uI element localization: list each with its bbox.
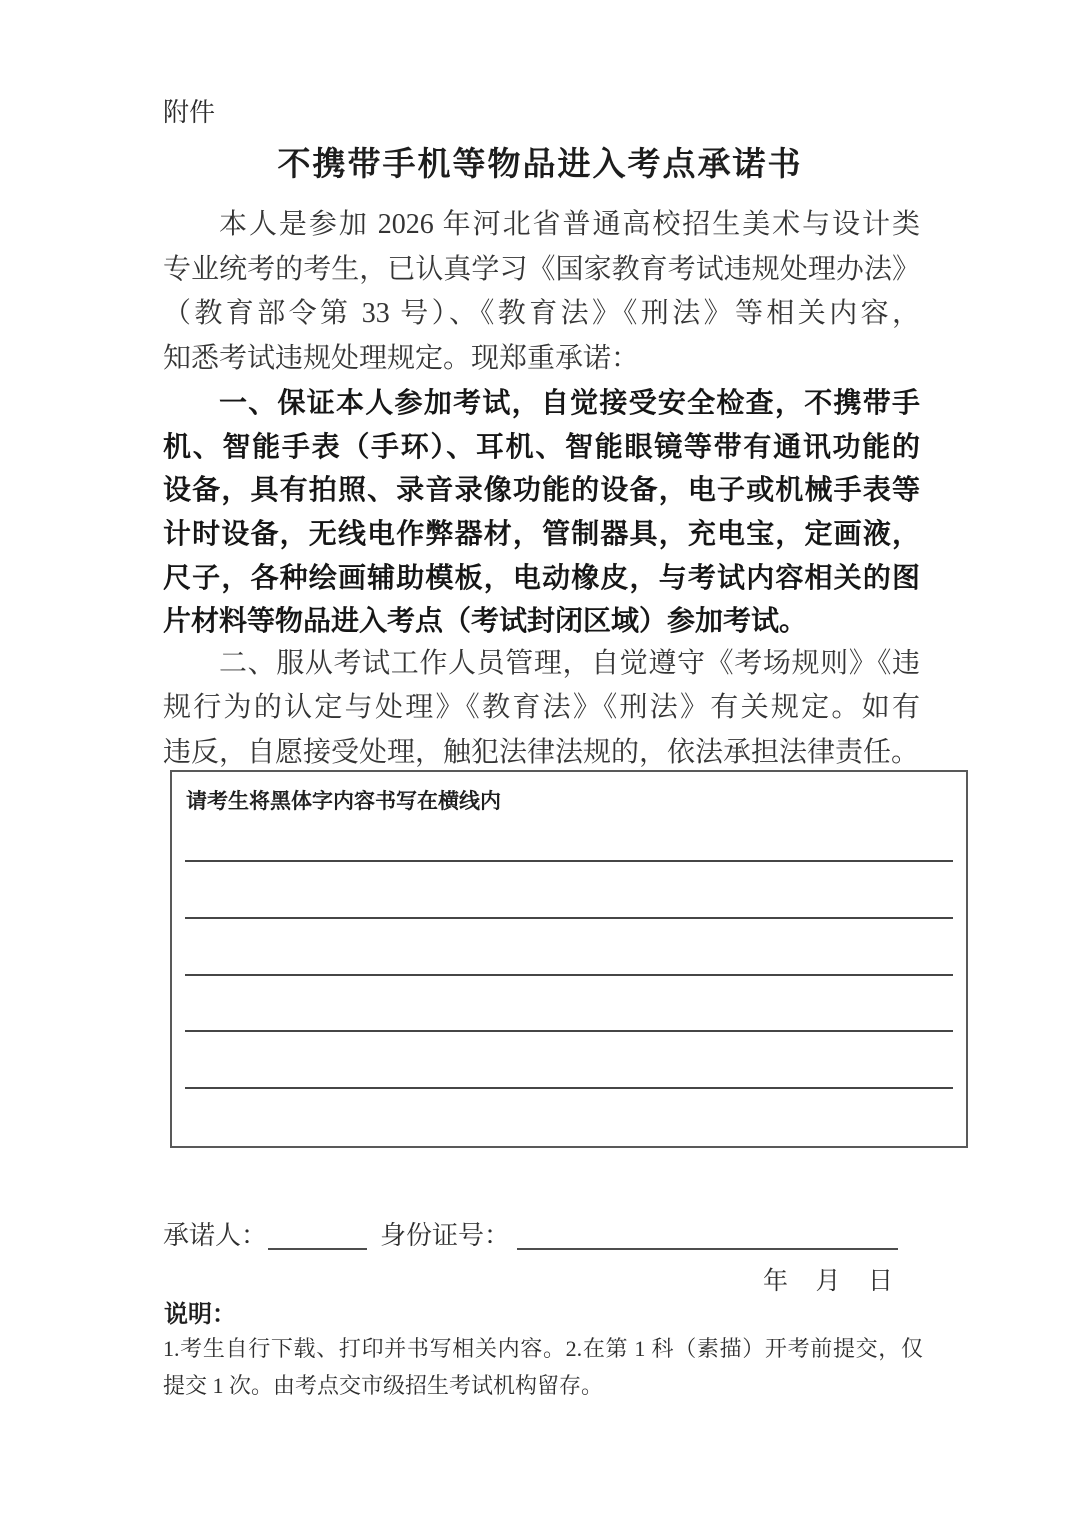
note-line: 提交 1 次。由考点交市级招生考试机构留存。 — [163, 1367, 923, 1404]
writing-line — [185, 974, 953, 976]
paragraph-line: 知悉考试违规处理规定。现郑重承诺： — [163, 337, 920, 382]
paragraph-line: 尺子，各种绘画辅助模板，电动橡皮，与考试内容相关的图 — [163, 556, 920, 600]
paragraph-line: 计时设备，无线电作弊器材，管制器具，充电宝，定画液， — [163, 512, 920, 556]
page-title: 不携带手机等物品进入考点承诺书 — [0, 138, 1080, 185]
paragraph-intro: 本人是参加 2026 年河北省普通高校招生美术与设计类 专业统考的考生，已认真学… — [163, 203, 920, 381]
paragraph-line: 本人是参加 2026 年河北省普通高校招生美术与设计类 — [163, 203, 920, 248]
id-number-field — [517, 1222, 898, 1250]
writing-line — [185, 1087, 953, 1089]
year-label: 年 — [763, 1264, 788, 1300]
promiser-signature-field — [268, 1222, 367, 1250]
paragraph-line: 片材料等物品进入考点（考试封闭区域）参加考试。 — [163, 599, 920, 643]
promiser-label: 承诺人： — [163, 1218, 267, 1254]
paragraph-line: 二、服从考试工作人员管理，自觉遵守《考场规则》《违 — [163, 642, 920, 686]
paragraph-line: （教育部令第 33 号）、《教育法》《刑法》等相关内容， — [163, 292, 920, 337]
note-line: 1.考生自行下载、打印并书写相关内容。2.在第 1 科（素描）开考前提交，仅 — [163, 1330, 923, 1367]
handwriting-instruction: 请考生将黑体字内容书写在横线内 — [186, 785, 501, 815]
paragraph-line: 违反，自愿接受处理，触犯法律法规的，依法承担法律责任。 — [163, 731, 920, 775]
date-row: 年 月 日 — [763, 1264, 893, 1300]
month-label: 月 — [815, 1264, 840, 1300]
writing-line — [185, 860, 953, 862]
attachment-label: 附件 — [163, 92, 215, 129]
paragraph-line: 机、智能手表（手环）、耳机、智能眼镜等带有通讯功能的 — [163, 425, 920, 469]
paragraph-item2: 二、服从考试工作人员管理，自觉遵守《考场规则》《违 规行为的认定与处理》《教育法… — [163, 642, 920, 775]
writing-line — [185, 917, 953, 919]
paragraph-item1: 一、保证本人参加考试，自觉接受安全检查，不携带手 机、智能手表（手环）、耳机、智… — [163, 381, 920, 643]
writing-line — [185, 1030, 953, 1032]
day-label: 日 — [868, 1264, 893, 1300]
paragraph-line: 规行为的认定与处理》《教育法》《刑法》有关规定。如有 — [163, 686, 920, 730]
id-number-label: 身份证号： — [380, 1218, 510, 1254]
paragraph-line: 一、保证本人参加考试，自觉接受安全检查，不携带手 — [163, 381, 920, 425]
paragraph-line: 设备，具有拍照、录音录像功能的设备，电子或机械手表等 — [163, 468, 920, 512]
notes-block: 1.考生自行下载、打印并书写相关内容。2.在第 1 科（素描）开考前提交，仅 提… — [163, 1330, 923, 1404]
paragraph-line: 专业统考的考生，已认真学习《国家教育考试违规处理办法》 — [163, 248, 920, 293]
handwriting-box: 请考生将黑体字内容书写在横线内 — [170, 770, 968, 1148]
notes-heading: 说明： — [164, 1297, 236, 1333]
document-page: 附件 不携带手机等物品进入考点承诺书 本人是参加 2026 年河北省普通高校招生… — [0, 0, 1080, 1527]
